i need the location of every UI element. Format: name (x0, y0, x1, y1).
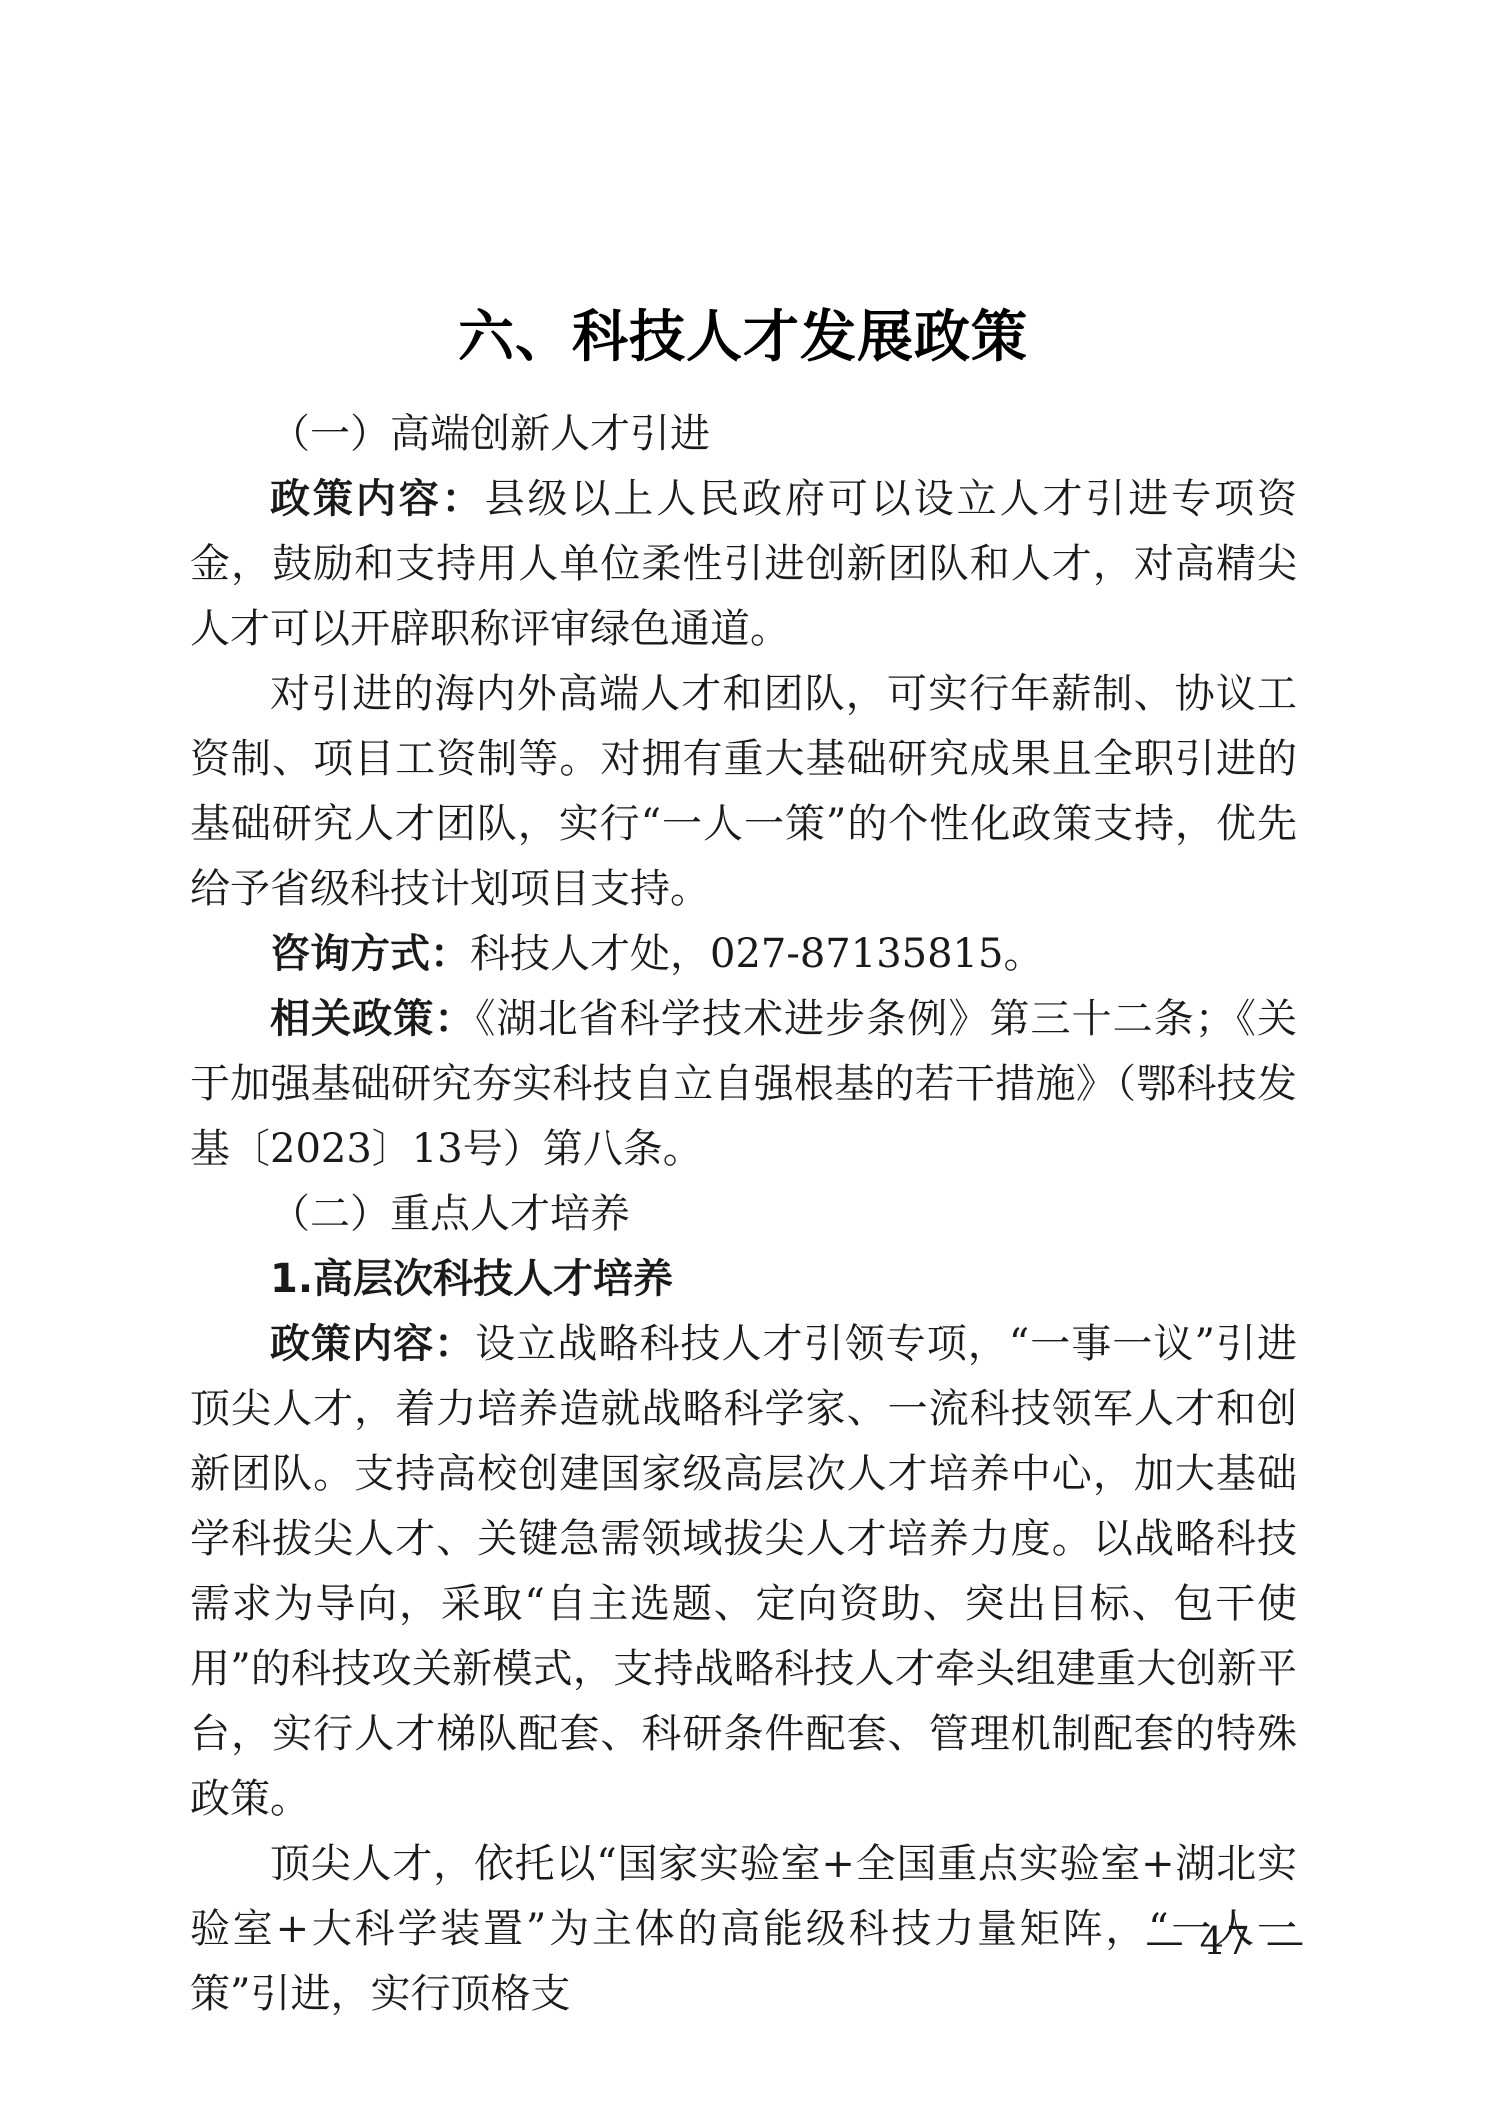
paragraph-label: 政策内容： (270, 476, 485, 522)
section-1-heading: （一）高端创新人才引进 (190, 402, 1297, 467)
document-page: 六、科技人才发展政策 （一）高端创新人才引进 政策内容：县级以上人民政府可以设立… (0, 0, 1486, 2103)
paragraph-label: 相关政策： (270, 996, 475, 1042)
section-2-subheading: 1.高层次科技人才培养 (190, 1247, 1297, 1312)
page-number: — 47 — (1145, 1918, 1306, 1964)
paragraph-text: 对引进的海内外高端人才和团队，可实行年薪制、协议工资制、项目工资制等。对拥有重大… (190, 671, 1297, 912)
paragraph-text: 设立战略科技人才引领专项，“一事一议”引进顶尖人才，着力培养造就战略科学家、一流… (190, 1321, 1297, 1822)
paragraph-label: 咨询方式： (270, 931, 470, 977)
document-body: （一）高端创新人才引进 政策内容：县级以上人民政府可以设立人才引进专项资金，鼓励… (190, 402, 1297, 2027)
section-2-heading: （二）重点人才培养 (190, 1182, 1297, 1247)
paragraph: 政策内容：县级以上人民政府可以设立人才引进专项资金，鼓励和支持用人单位柔性引进创… (190, 467, 1297, 662)
paragraph-label: 政策内容： (270, 1321, 475, 1367)
paragraph: 政策内容：设立战略科技人才引领专项，“一事一议”引进顶尖人才，着力培养造就战略科… (190, 1312, 1297, 1832)
paragraph: 相关政策：《湖北省科学技术进步条例》第三十二条；《关于加强基础研究夯实科技自立自… (190, 987, 1297, 1182)
paragraph: 对引进的海内外高端人才和团队，可实行年薪制、协议工资制、项目工资制等。对拥有重大… (190, 662, 1297, 922)
document-title: 六、科技人才发展政策 (0, 304, 1486, 372)
paragraph-text: 顶尖人才，依托以“国家实验室+全国重点实验室+湖北实验室+大科学装置”为主体的高… (190, 1841, 1297, 2017)
paragraph-text: 科技人才处，027-87135815。 (470, 931, 1043, 977)
paragraph: 顶尖人才，依托以“国家实验室+全国重点实验室+湖北实验室+大科学装置”为主体的高… (190, 1832, 1297, 2027)
paragraph: 咨询方式：科技人才处，027-87135815。 (190, 922, 1297, 987)
